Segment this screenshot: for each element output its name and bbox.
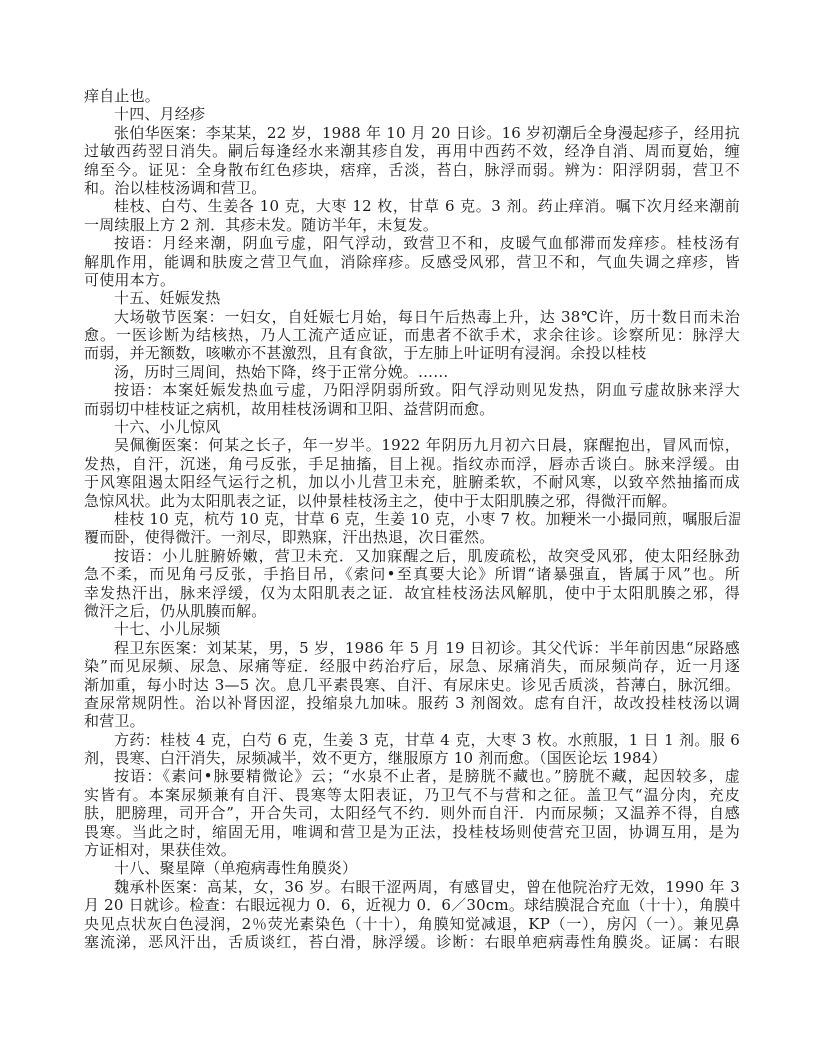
text-line: 十七、小儿尿频 xyxy=(84,620,740,638)
text-line: 幸发热汗出，脉来浮缓，仅为太阳肌表之证．故宜桂枝汤法风解肌，使中于太阳肌腠之邪，… xyxy=(84,584,740,602)
document-page: 痒自止也。十四、月经疹张伯华医案：李某某，22 岁，1988 年 10 月 20… xyxy=(0,0,816,1056)
text-line: 可使用本方。 xyxy=(84,271,740,289)
text-line: 魏承朴医案：高某，女，36 岁。右眼干涩两周，有感冒史，曾在他院治疗无效，199… xyxy=(84,878,740,896)
text-line: 汤，历时三周间，热始下降，终于正常分娩。…… xyxy=(84,363,740,381)
text-line: 桂枝 10 克，杭芍 10 克，甘草 6 克，生姜 10 克，小枣 7 枚。加粳… xyxy=(84,510,740,528)
text-line: 十六、小儿惊风 xyxy=(84,418,740,436)
text-line: 渐加重，每小时达 3—5 次。息几平素畏寒、自汗、有尿床史。诊见舌质淡，苔薄白，… xyxy=(84,676,740,694)
text-line: 痒自止也。 xyxy=(84,87,740,105)
text-line: 按语：月经来潮，阴血亏虚，阳气浮动，致营卫不和，皮暖气血郁滞而发痒疹。桂枝汤有 xyxy=(84,234,740,252)
text-line: 剂，畏寒、白汗消失，尿频减半，效不更方，继服原方 10 剂而愈。（国医论坛 19… xyxy=(84,749,740,767)
text-line: 十八、聚星障（单疱病毒性角膜炎） xyxy=(84,859,740,877)
text-line: 按语：《素问•脉要精微论》云；“水泉不止者，是膀胱不藏也。”膀胱不藏，起因较多，… xyxy=(84,767,740,785)
text-line: 十四、月经疹 xyxy=(84,105,740,123)
text-line: 大场敬节医案：一妇女，自妊娠七月始，每日午后热毒上升，达 38℃许，历十数日而未… xyxy=(84,308,740,326)
text-line: 绵至今。证见：全身散布红色疹块，痞痒，舌淡，苔白，脉浮而弱。辨为：阳浮阴弱，营卫… xyxy=(84,161,740,179)
text-line: 而弱，并无额数，咳嗽亦不甚激烈，且有食欲，于左肺上叶证明有浸润。余投以桂枝 xyxy=(84,344,740,362)
text-line: 过敏西药翌日消失。嗣后每逢经水来潮其疹自发，再用中西药不效，经净自消、周而夏始，… xyxy=(84,142,740,160)
text-line: 吴佩衡医案：何某之长子，年一岁半。1922 年阴历九月初六日晨，寐醒抱出，冒风而… xyxy=(84,436,740,454)
text-line: 央见点状灰白色浸润，2％荧光素染色（十十），角膜知觉减退，KP（一），房闪（一）… xyxy=(84,915,740,933)
text-line: 染”而见尿频、尿急、尿痛等症．经服中药治疗后，尿急、尿痛消失，而尿频尚存，近一月… xyxy=(84,657,740,675)
text-line: 覆而卧，使得微汗。一剂尽，即熟寐，汗出热退，次日霍然。 xyxy=(84,528,740,546)
text-line: 按语：小儿脏腑娇嫩，营卫未充．又加寐醒之后，肌废疏松，故突受风邪，使太阳经脉劲 xyxy=(84,547,740,565)
text-line: 张伯华医案：李某某，22 岁，1988 年 10 月 20 日诊。16 岁初潮后… xyxy=(84,124,740,142)
text-line: 而弱切中桂枝证之病机，故用桂枝汤调和卫阳、益营阴而愈。 xyxy=(84,400,740,418)
text-line: 实皆有。本案尿频兼有自汗、畏寒等太阳表证，乃卫气不与营和之征。盖卫气“温分肉，充… xyxy=(84,786,740,804)
text-line: 查尿常规阴性。治以补肾因涩，投缩泉九加味。服药 3 剂阁效。虑有自汗，故改投桂枝… xyxy=(84,694,740,712)
text-line: 方证相对，果获佳效。 xyxy=(84,841,740,859)
text-line: 肤，肥膀理，司开合”，开合失司，太阳经气不约．则外而自汗．内而尿频；又温养不得，… xyxy=(84,804,740,822)
text-line: 桂枝、白芍、生姜各 10 克，大枣 12 枚，甘草 6 克。3 剂。药止痒消。嘱… xyxy=(84,197,740,215)
text-line: 于风寒阻遏太阳经气运行之机，加以小儿营卫未充，脏腑柔软，不耐风寒，以致卒然抽搐而… xyxy=(84,473,740,491)
text-line: 发热，自汗，沉迷，角弓反张，手足抽搐，目上视。指纹赤而浮，唇赤舌谈白。脉来浮缓。… xyxy=(84,455,740,473)
text-line: 微汗之后，仍从肌腠而解。 xyxy=(84,602,740,620)
text-line: 按语：本案妊娠发热血亏虚，乃阳浮阴弱所致。阳气浮动则见发热，阴血亏虚故脉来浮大 xyxy=(84,381,740,399)
text-line: 一周续服上方 2 剂．其疹未发。随访半年，未复发。 xyxy=(84,216,740,234)
text-line: 急惊风状。此为太阳肌表之证，以仲景桂枝汤主之，使中于太阳肌腠之邪，得微汗而解。 xyxy=(84,492,740,510)
text-line: 解肌作用，能调和肤废之营卫气血，消除痒疹。反感受风邪，营卫不和，气血失调之痒疹，… xyxy=(84,253,740,271)
document-body: 痒自止也。十四、月经疹张伯华医案：李某某，22 岁，1988 年 10 月 20… xyxy=(84,87,740,951)
text-line: 畏寒。当此之时，缩固无用，唯调和营卫是为正法，投桂枝场则使营充卫固，协调互用，是… xyxy=(84,823,740,841)
text-line: 和营卫。 xyxy=(84,712,740,730)
text-line: 愈。一医诊断为结核热，乃人工流产适应证，而患者不欲手术，求余往诊。诊察所见：脉浮… xyxy=(84,326,740,344)
text-line: 塞流涕，恶风汗出，舌质谈红，苔白滑，脉浮缓。诊断：右眼单疤病毒性角膜炎。证属：右… xyxy=(84,933,740,951)
text-line: 方药：桂枝 4 克，白芍 6 克，生姜 3 克，甘草 4 克，大枣 3 枚。水煎… xyxy=(84,731,740,749)
text-line: 急不柔，而见角弓反张，手掐目吊，《索问•至真要大论》所谓“诸暴强直，皆属于风”也… xyxy=(84,565,740,583)
text-line: 十五、妊娠发热 xyxy=(84,289,740,307)
text-line: 程卫东医案：刘某某，男，5 岁，1986 年 5 月 19 日初诊。其父代诉：半… xyxy=(84,639,740,657)
text-line: 月 20 日就诊。检查：右眼远视力 0．6，近视力 0．6／30cm。球结膜混合… xyxy=(84,896,740,914)
text-line: 和。治以桂枝汤调和营卫。 xyxy=(84,179,740,197)
